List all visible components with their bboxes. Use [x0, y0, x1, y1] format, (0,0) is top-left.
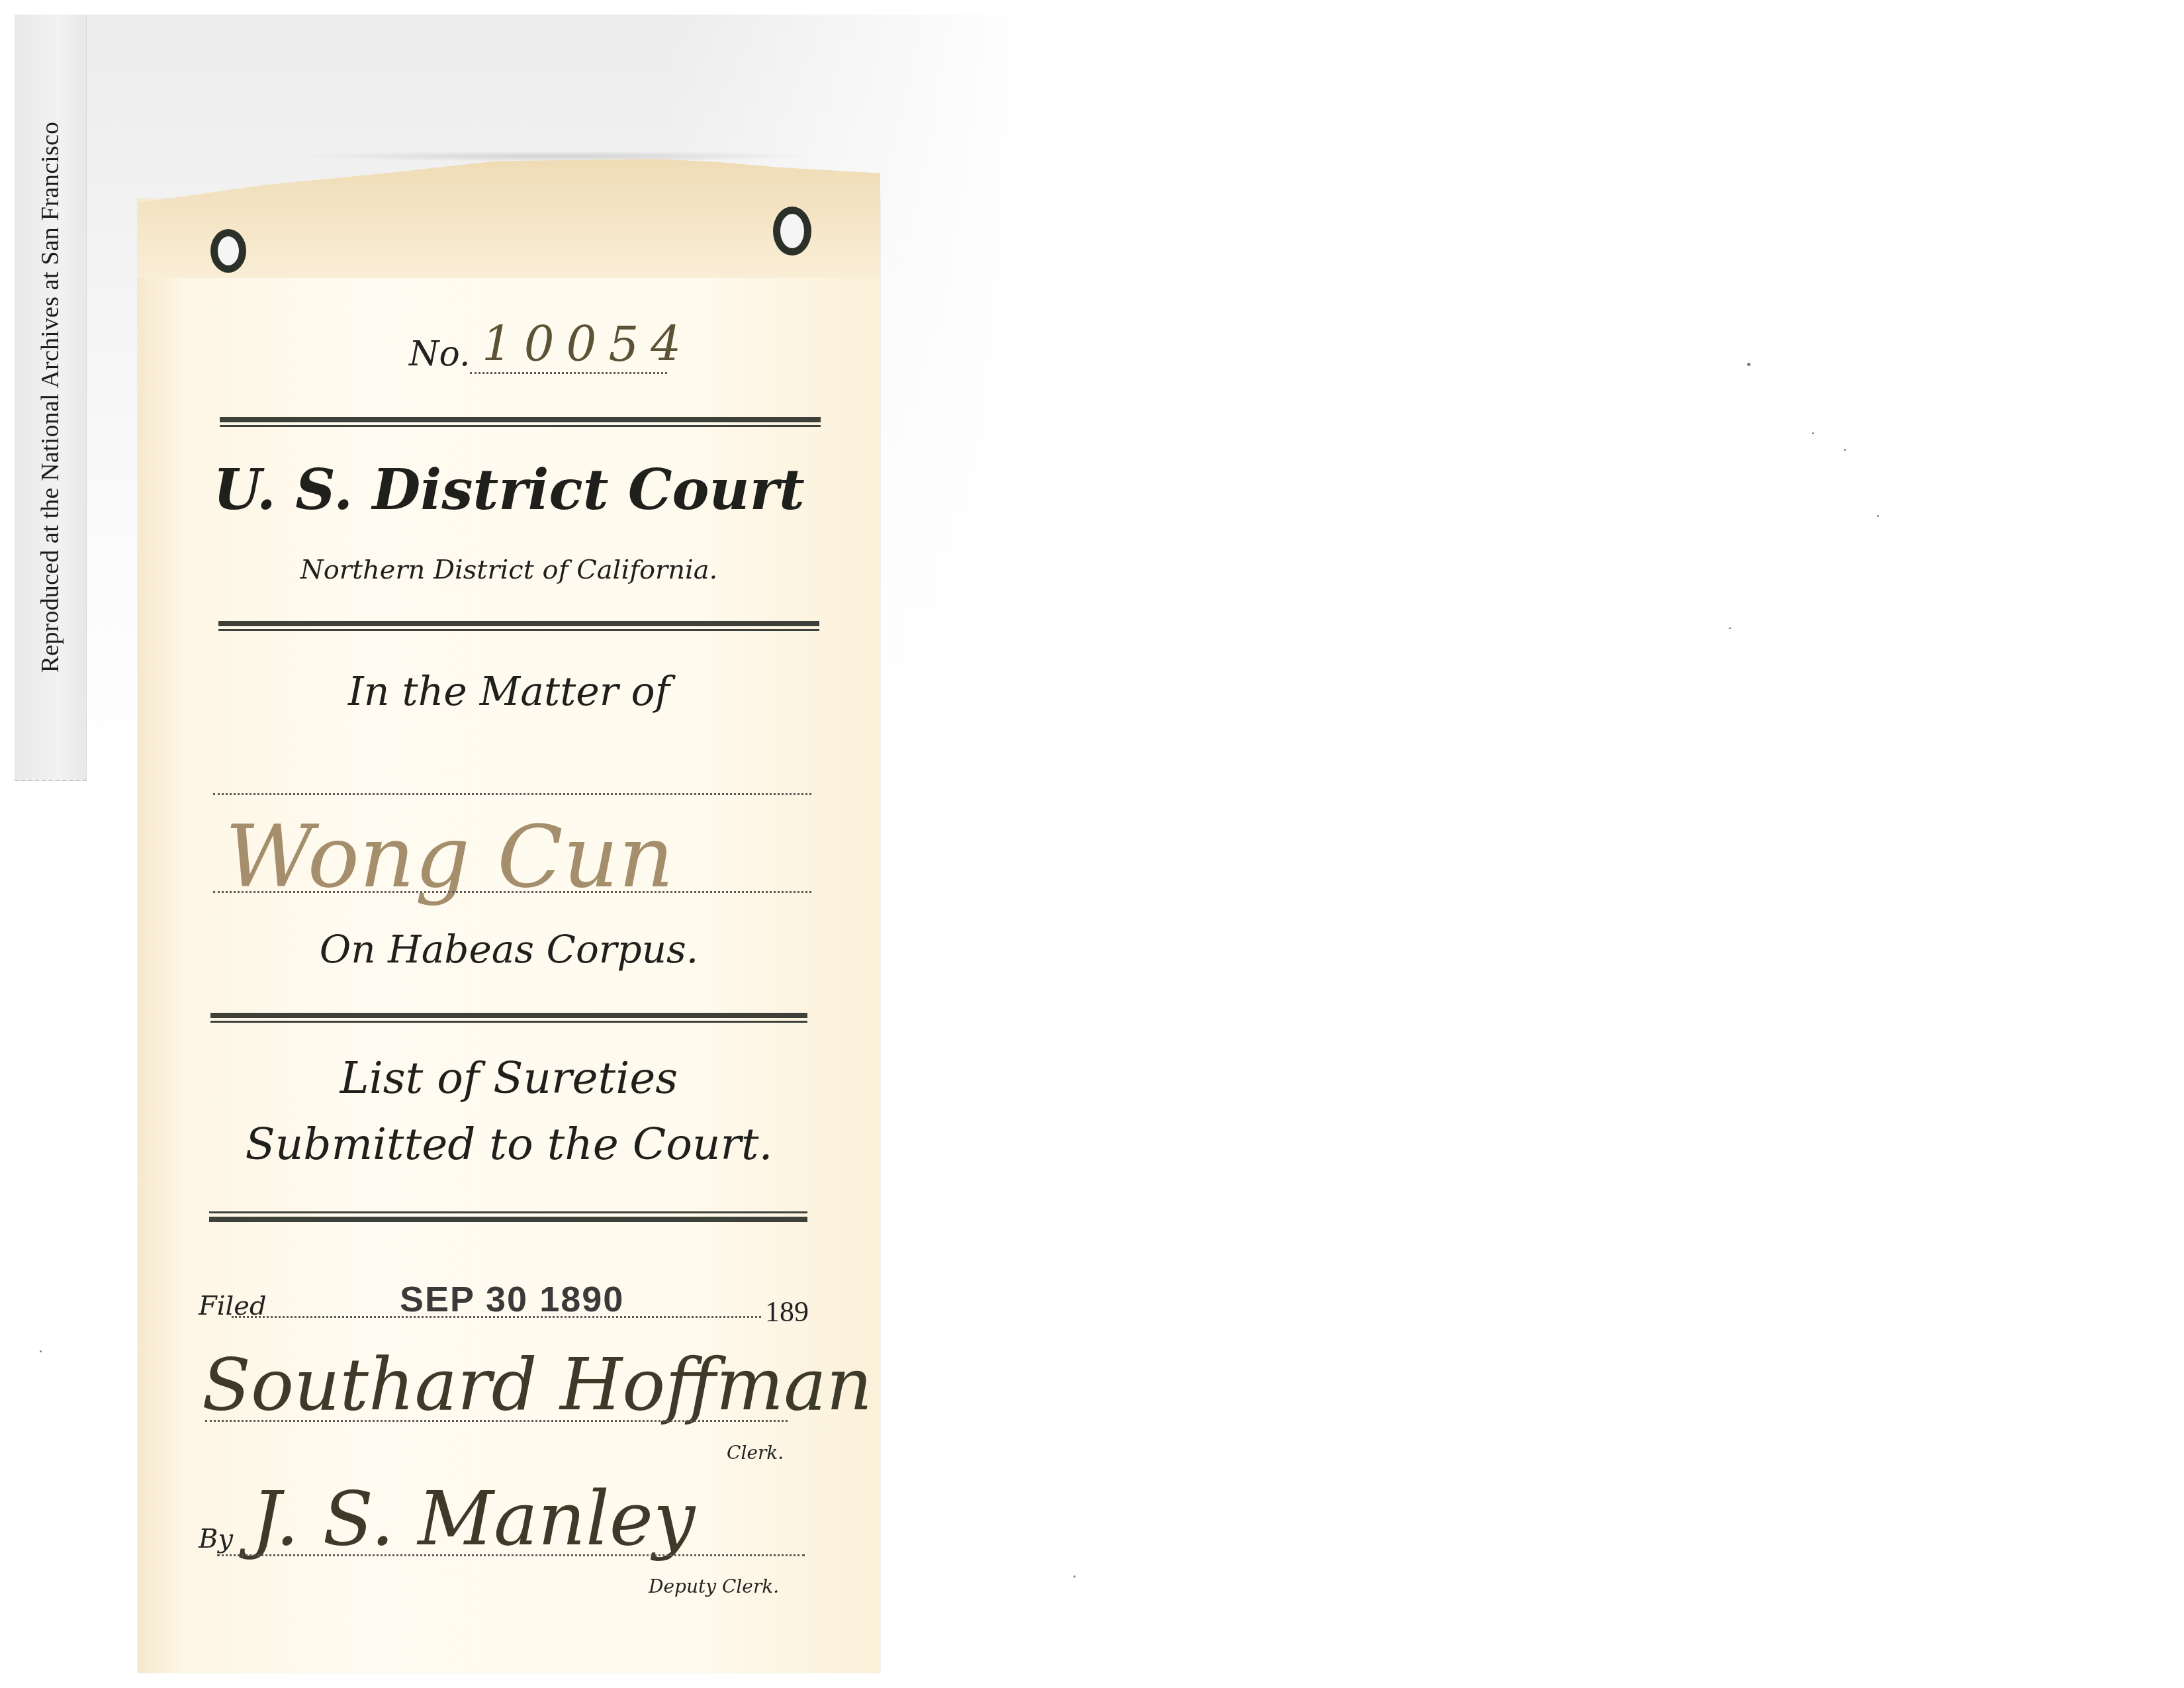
grommet-right-icon — [773, 207, 811, 256]
proceeding-type: On Habeas Corpus. — [138, 927, 880, 972]
petitioner-line-2 — [213, 891, 811, 893]
court-title: U. S. District Court — [138, 457, 880, 522]
scan-speck — [1844, 449, 1846, 451]
scan-speck — [1877, 515, 1879, 517]
matter-intro: In the Matter of — [138, 669, 880, 715]
case-number-line — [470, 372, 667, 374]
divider-rule — [220, 417, 821, 428]
clerk-signature-line — [205, 1420, 788, 1422]
by-label: By — [199, 1524, 233, 1554]
clerk-signature: Southard Hoffman — [202, 1344, 872, 1427]
year-prefix: 189 — [765, 1295, 809, 1329]
archive-label: Reproduced at the National Archives at S… — [36, 122, 65, 673]
grommet-left-icon — [210, 229, 246, 273]
filed-date-stamp: SEP 30 1890 — [400, 1279, 624, 1320]
scan-speck — [1747, 363, 1751, 366]
document-title-line-2: Submitted to the Court. — [138, 1119, 880, 1170]
scan-speck — [40, 1350, 42, 1352]
court-district: Northern District of California. — [138, 555, 880, 585]
case-number: 10054 — [482, 316, 693, 372]
deputy-clerk-label: Deputy Clerk. — [649, 1575, 779, 1597]
scan-speck — [1073, 1575, 1075, 1577]
clerk-label: Clerk. — [727, 1442, 784, 1464]
divider-rule — [209, 1211, 807, 1222]
deputy-signature: J. S. Manley — [251, 1476, 695, 1562]
scan-speck — [1729, 628, 1731, 629]
scan-speck — [1812, 432, 1814, 434]
deputy-signature-line — [217, 1554, 805, 1556]
flap-shadow — [291, 151, 821, 162]
divider-rule — [218, 621, 819, 632]
case-number-label: No. — [409, 334, 470, 374]
petitioner-line-1 — [213, 793, 811, 795]
document-title-line-1: List of Sureties — [138, 1053, 880, 1103]
divider-rule — [210, 1013, 807, 1023]
